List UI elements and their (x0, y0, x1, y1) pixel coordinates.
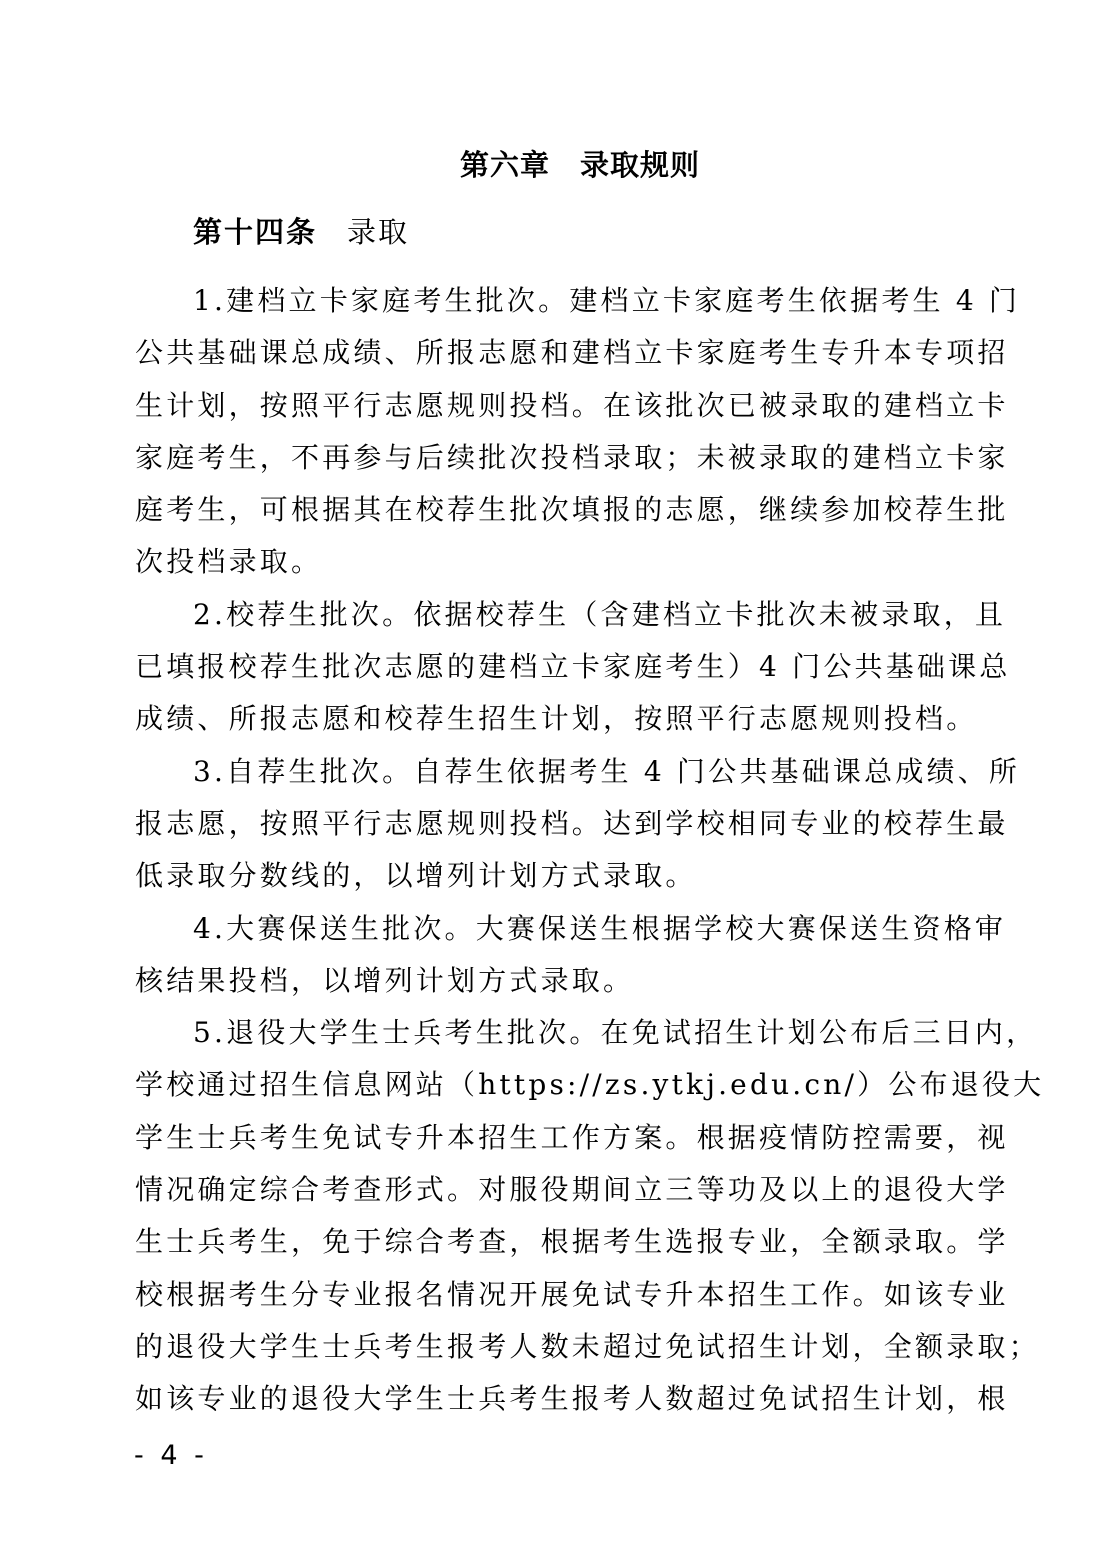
paragraph-line: 学校通过招生信息网站（https://zs.ytkj.edu.cn/）公布退役大 (135, 1059, 970, 1111)
body-text: 1.建档立卡家庭考生批次。建档立卡家庭考生依据考生 4 门 公共基础课总成绩、所… (135, 275, 970, 1426)
paragraph-4: 4.大赛保送生批次。大赛保送生根据学校大赛保送生资格审 核结果投档，以增列计划方… (135, 903, 970, 1008)
paragraph-line: 如该专业的退役大学生士兵考生报考人数超过免试招生计划，根 (135, 1373, 970, 1425)
paragraph-line: 5.退役大学生士兵考生批次。在免试招生计划公布后三日内， (135, 1007, 970, 1059)
chapter-name: 录取规则 (580, 148, 700, 182)
paragraph-2: 2.校荐生批次。依据校荐生（含建档立卡批次未被录取，且 已填报校荐生批次志愿的建… (135, 589, 970, 746)
paragraph-line: 的退役大学生士兵考生报考人数未超过免试招生计划，全额录取； (135, 1321, 970, 1373)
article-name: 录取 (347, 215, 409, 249)
paragraph-line: 庭考生，可根据其在校荐生批次填报的志愿，继续参加校荐生批 (135, 484, 970, 536)
paragraph-line: 情况确定综合考查形式。对服役期间立三等功及以上的退役大学 (135, 1164, 970, 1216)
article-heading: 第十四条录取 (193, 210, 409, 251)
paragraph-line: 2.校荐生批次。依据校荐生（含建档立卡批次未被录取，且 (135, 589, 970, 641)
page-number: - 4 - (134, 1440, 208, 1471)
paragraph-line: 家庭考生，不再参与后续批次投档录取；未被录取的建档立卡家 (135, 432, 970, 484)
paragraph-line: 学生士兵考生免试专升本招生工作方案。根据疫情防控需要，视 (135, 1112, 970, 1164)
paragraph-line: 次投档录取。 (135, 536, 970, 588)
paragraph-5: 5.退役大学生士兵考生批次。在免试招生计划公布后三日内， 学校通过招生信息网站（… (135, 1007, 970, 1425)
paragraph-line: 核结果投档，以增列计划方式录取。 (135, 955, 970, 1007)
paragraph-line: 4.大赛保送生批次。大赛保送生根据学校大赛保送生资格审 (135, 903, 970, 955)
paragraph-line: 校根据考生分专业报名情况开展免试专升本招生工作。如该专业 (135, 1269, 970, 1321)
paragraph-line: 生士兵考生，免于综合考查，根据考生选报专业，全额录取。学 (135, 1216, 970, 1268)
paragraph-line: 生计划，按照平行志愿规则投档。在该批次已被录取的建档立卡 (135, 380, 970, 432)
paragraph-3: 3.自荐生批次。自荐生依据考生 4 门公共基础课总成绩、所 报志愿，按照平行志愿… (135, 746, 970, 903)
paragraph-line: 低录取分数线的，以增列计划方式录取。 (135, 850, 970, 902)
paragraph-1: 1.建档立卡家庭考生批次。建档立卡家庭考生依据考生 4 门 公共基础课总成绩、所… (135, 275, 970, 589)
paragraph-line: 1.建档立卡家庭考生批次。建档立卡家庭考生依据考生 4 门 (135, 275, 970, 327)
chapter-title: 第六章录取规则 (0, 143, 1102, 184)
paragraph-line: 报志愿，按照平行志愿规则投档。达到学校相同专业的校荐生最 (135, 798, 970, 850)
document-page: 第六章录取规则 第十四条录取 1.建档立卡家庭考生批次。建档立卡家庭考生依据考生… (0, 0, 1102, 1559)
paragraph-line: 3.自荐生批次。自荐生依据考生 4 门公共基础课总成绩、所 (135, 746, 970, 798)
chapter-number: 第六章 (460, 148, 550, 182)
paragraph-line: 已填报校荐生批次志愿的建档立卡家庭考生）4 门公共基础课总 (135, 641, 970, 693)
paragraph-line: 公共基础课总成绩、所报志愿和建档立卡家庭考生专升本专项招 (135, 327, 970, 379)
paragraph-line: 成绩、所报志愿和校荐生招生计划，按照平行志愿规则投档。 (135, 693, 970, 745)
article-number: 第十四条 (193, 215, 317, 249)
